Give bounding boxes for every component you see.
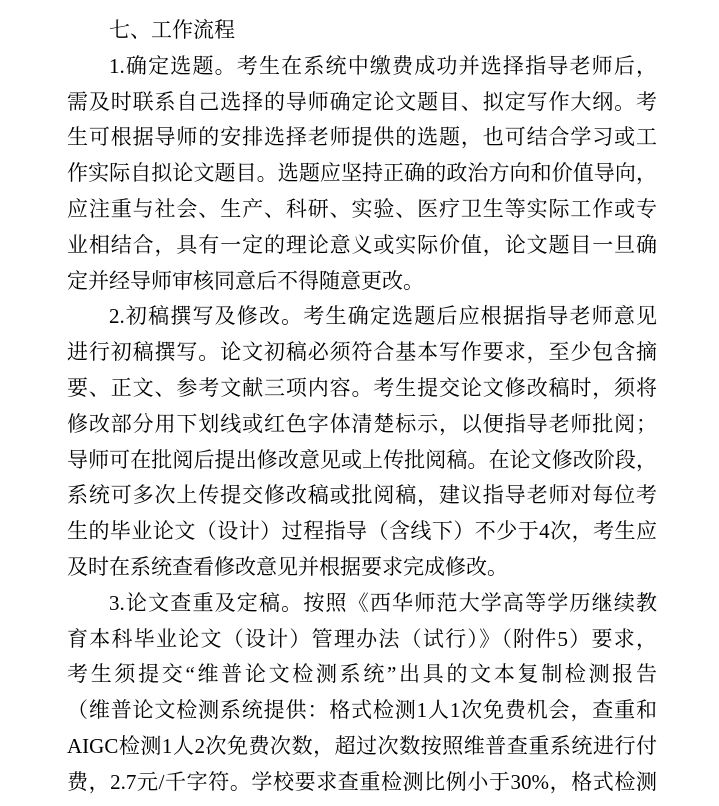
section-heading: 七、工作流程: [67, 13, 657, 49]
text-line: 业相结合，具有一定的理论意义或实际价值，论文题目一旦确: [67, 228, 657, 264]
text-line: 费，2.7元/千字符。学校要求查重检测比例小于30%，格式检测: [67, 765, 657, 801]
text-line: 考生须提交“维普论文检测系统”出具的文本复制检测报告: [67, 657, 657, 693]
paragraph: 1.确定选题。考生在系统中缴费成功并选择指导老师后，需及时联系自己选择的导师确定…: [67, 49, 657, 300]
text-line: 要、正文、参考文献三项内容。考生提交论文修改稿时，须将: [67, 371, 657, 407]
text-line: 3.论文查重及定稿。按照《西华师范大学高等学历继续教: [67, 586, 657, 622]
text-line: 1.确定选题。考生在系统中缴费成功并选择指导老师后，: [67, 49, 657, 85]
text-line: 及时在系统查看修改意见并根据要求完成修改。: [67, 550, 657, 586]
text-line: 生可根据导师的安排选择老师提供的选题，也可结合学习或工: [67, 120, 657, 156]
text-line: 系统可多次上传提交修改稿或批阅稿，建议指导老师对每位考: [67, 478, 657, 514]
text-line: AIGC检测1人2次免费次数，超过次数按照维普查重系统进行付: [67, 729, 657, 765]
text-line: 应注重与社会、生产、科研、实验、医疗卫生等实际工作或专: [67, 192, 657, 228]
text-line: 进行初稿撰写。论文初稿必须符合基本写作要求，至少包含摘: [67, 335, 657, 371]
text-line: 育本科毕业论文（设计）管理办法（试行）》（附件5）要求，: [67, 622, 657, 658]
text-line: （维普论文检测系统提供：格式检测1人1次免费机会，查重和: [67, 693, 657, 729]
document-page: 七、工作流程 1.确定选题。考生在系统中缴费成功并选择指导老师后，需及时联系自己…: [0, 0, 657, 801]
text-line: 定并经导师审核同意后不得随意更改。: [67, 264, 657, 300]
paragraph: 3.论文查重及定稿。按照《西华师范大学高等学历继续教育本科毕业论文（设计）管理办…: [67, 586, 657, 801]
text-line: 导师可在批阅后提出修改意见或上传批阅稿。在论文修改阶段，: [67, 443, 657, 479]
paragraph: 2.初稿撰写及修改。考生确定选题后应根据指导老师意见进行初稿撰写。论文初稿必须符…: [67, 299, 657, 585]
text-line: 需及时联系自己选择的导师确定论文题目、拟定写作大纲。考: [67, 85, 657, 121]
text-line: 作实际自拟论文题目。选题应坚持正确的政治方向和价值导向，: [67, 156, 657, 192]
text-line: 修改部分用下划线或红色字体清楚标示，以便指导老师批阅；: [67, 407, 657, 443]
text-line: 生的毕业论文（设计）过程指导（含线下）不少于4次，考生应: [67, 514, 657, 550]
text-line: 2.初稿撰写及修改。考生确定选题后应根据指导老师意见: [67, 299, 657, 335]
document-body: 1.确定选题。考生在系统中缴费成功并选择指导老师后，需及时联系自己选择的导师确定…: [67, 49, 657, 801]
